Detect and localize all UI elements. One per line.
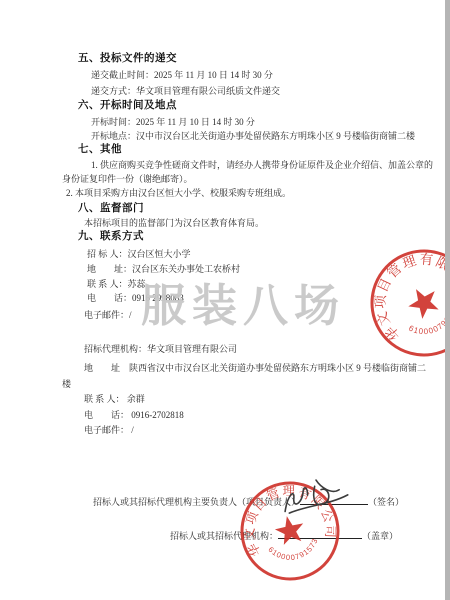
submission-method-line: 递交方式：华文项目管理有限公司纸质文件递交 — [91, 86, 280, 97]
watermark-text: 服装八场 — [141, 269, 345, 334]
section-9-heading: 九、联系方式 — [78, 231, 144, 242]
agency-address-line1: 地 址 陕西省汉中市汉台区北关街道办事处留侯路东方明珠小区 9 号楼临街商铺二 — [84, 363, 426, 374]
other-item1-line2: 身份证复印件一份（谢绝邮寄）。 — [62, 174, 193, 185]
section-6-heading: 六、开标时间及地点 — [78, 100, 177, 111]
tenderer-email-line: 电子邮件：/ — [84, 310, 132, 321]
section-8-heading: 八、监督部门 — [78, 203, 144, 214]
handwritten-signature — [276, 474, 360, 524]
bid-opening-time-line: 开标时间：2025 年 11 月 10 日 14 时 30 分 — [91, 117, 255, 128]
section-7-heading: 七、其他 — [78, 144, 122, 155]
agency-address-line2: 楼 — [62, 379, 71, 390]
signature-line-1-suffix: （签名） — [368, 497, 404, 507]
section-5-heading: 五、投标文件的递交 — [78, 53, 177, 64]
submission-deadline-line: 递交截止时间：2025 年 11 月 10 日 14 时 30 分 — [91, 70, 273, 81]
seal-star-icon — [403, 282, 444, 322]
svg-text:610000791573: 610000791573 — [265, 535, 323, 567]
agency-phone-line: 电 话： 0916-2702818 — [84, 410, 184, 421]
supervision-dept-line: 本招标项目的监督部门为汉台区教育体育局。 — [84, 218, 264, 229]
bid-opening-place-line: 开标地点：汉中市汉台区北关街道办事处留侯路东方明珠小区 9 号楼临街商铺二楼 — [91, 131, 415, 142]
tenderer-contact-line: 联 系 人：苏蕊 — [87, 279, 146, 290]
document-page: 五、投标文件的递交 递交截止时间：2025 年 11 月 10 日 14 时 3… — [0, 0, 450, 600]
agency-contact-line: 联 系 人： 余群 — [84, 394, 145, 405]
other-item2-line: 2. 本项目采购方由汉台区恒大小学、校服采购专班组成。 — [66, 188, 291, 199]
scan-edge-strip — [445, 0, 450, 600]
company-seal-right-edge: 华文项目管理有限公司 610000791573 — [342, 221, 450, 385]
seal-number-arc-text: 610000791573 — [265, 535, 323, 567]
agency-email-line: 电子邮件： / — [84, 425, 134, 436]
tenderer-line: 招 标 人：汉台区恒大小学 — [87, 249, 191, 260]
other-item1-line1: 1. 供应商购买竞争性磋商文件时，请经办人携带身份证原件及企业介绍信、加盖公章的 — [91, 160, 433, 171]
signature-line-2-suffix: （盖章） — [362, 531, 398, 541]
agency-line: 招标代理机构：华文项目管理有限公司 — [84, 344, 237, 355]
